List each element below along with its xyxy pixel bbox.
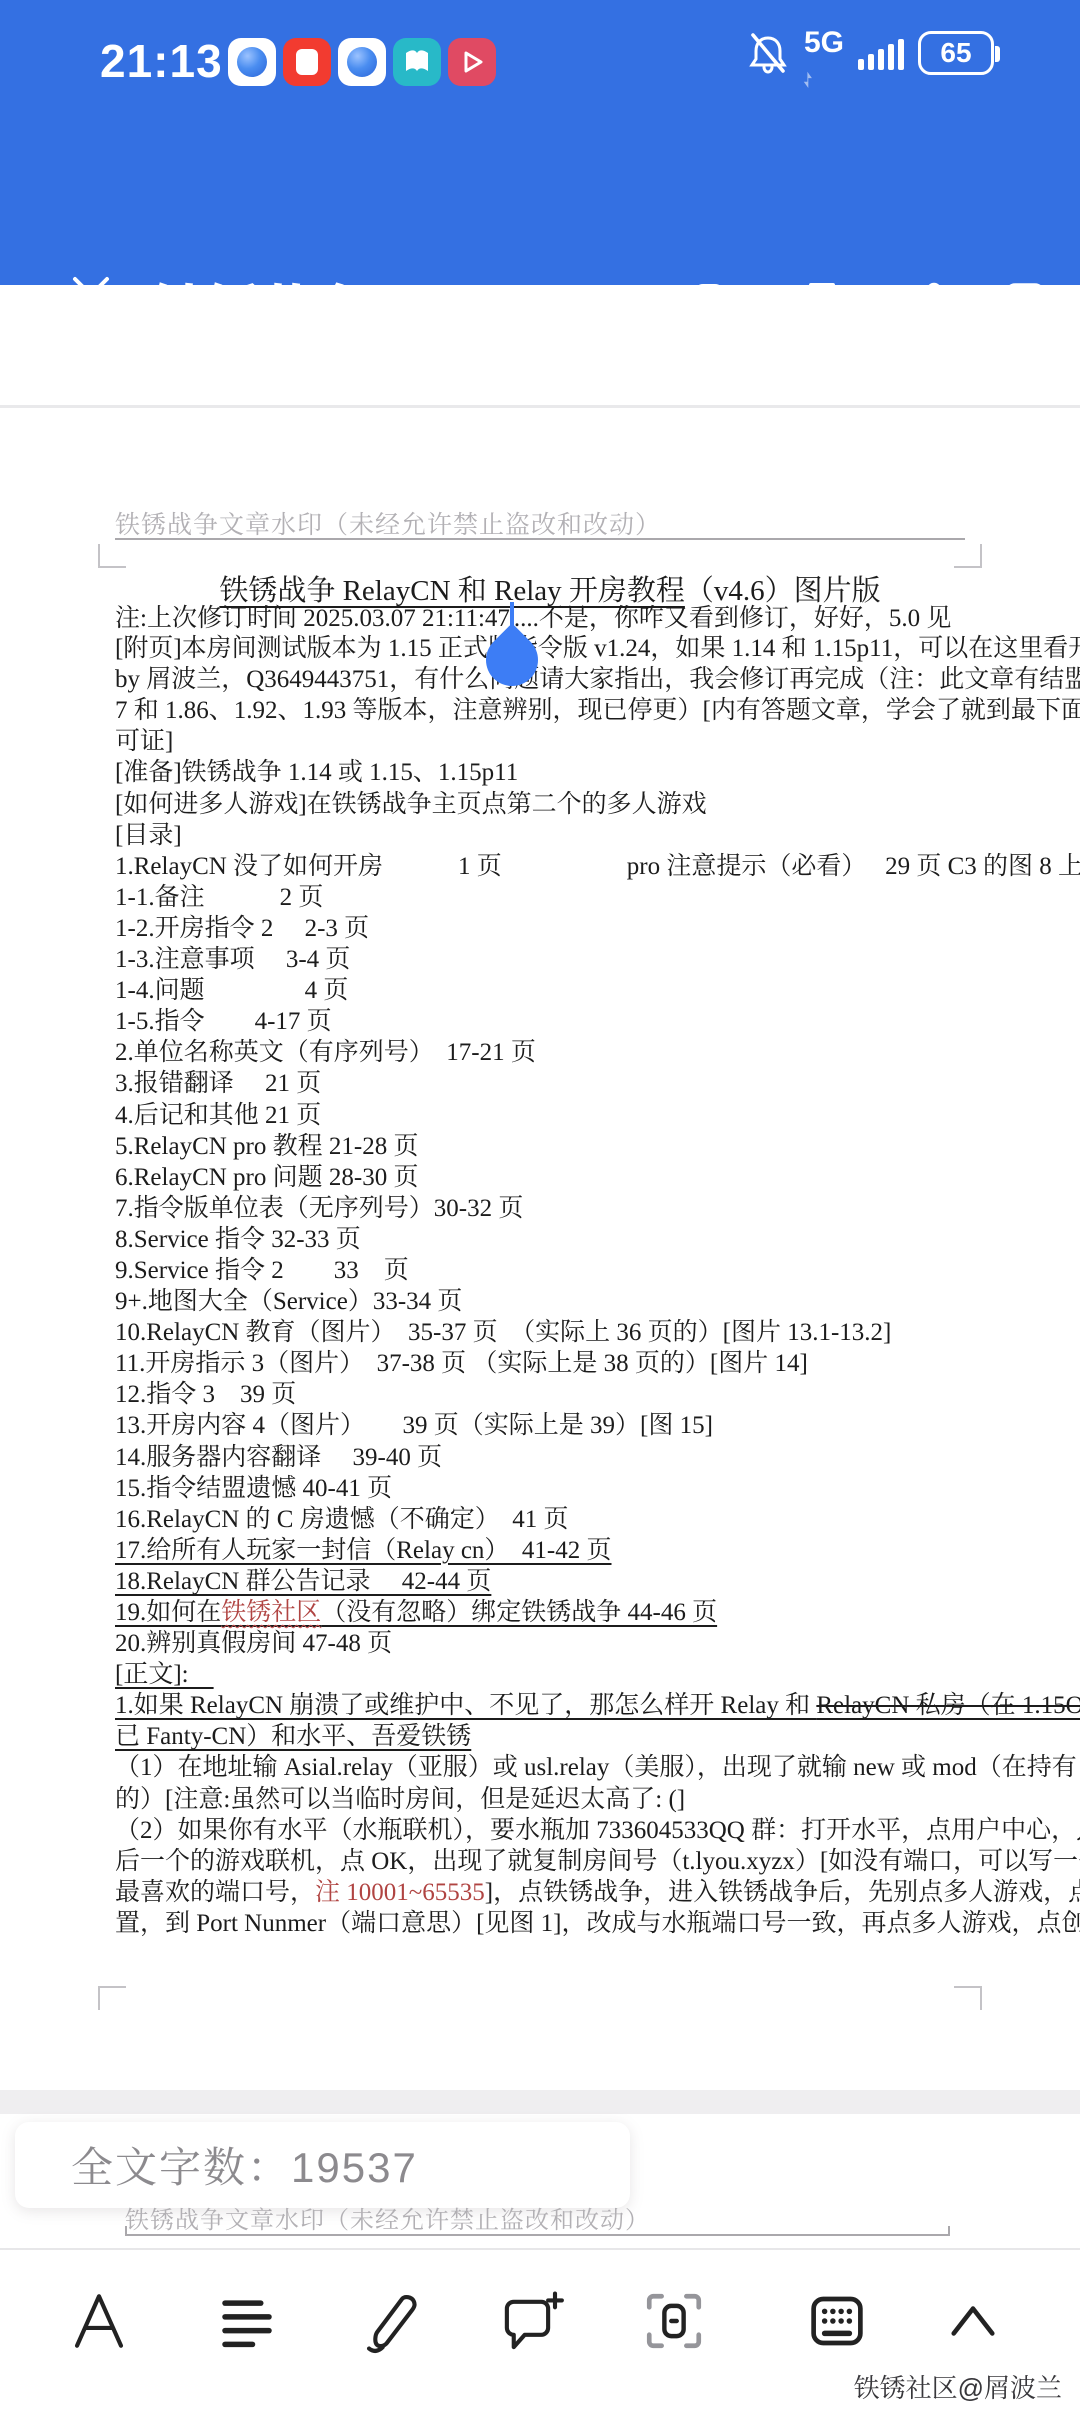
bell-muted-icon (746, 30, 790, 76)
document-page-2: 全文字数：19537 铁锈战争文章水印（未经允许禁止盗改和改动） (0, 2114, 1080, 2248)
video-icon (448, 38, 496, 86)
status-indicators: 5G 65 (746, 30, 994, 76)
page2-watermark-divider (125, 2234, 950, 2236)
browser-icon (338, 38, 386, 86)
document-header: 铁锈战争Relay... (0, 110, 1080, 285)
doc-line: 1-1.备注 2 页 (115, 882, 985, 913)
doc-line: 11.开房指示 3（图片） 37-38 页 （实际上是 38 页的）[图片 14… (115, 1348, 985, 1379)
doc-line: 1.RelayCN 没了如何开房 1 页 pro 注意提示（必看） 29 页 C… (115, 851, 985, 882)
status-bar: 21:13 5G (0, 0, 1080, 110)
watermark-divider (115, 538, 965, 540)
doc-line: 17.给所有人玩家一封信（Relay cn） 41-42 页 (115, 1535, 985, 1566)
doc-line: 1-4.问题 4 页 (115, 975, 985, 1006)
doc-line: 注:上次修订时间 2025.03.07 21:11:47....不是，你咋又看到… (115, 602, 985, 633)
doc-line: 3.报错翻译 21 页 (115, 1068, 985, 1099)
doc-line: [如何进多人游戏]在铁锈战争主页点第二个的多人游戏 (115, 789, 985, 820)
margin-corner-mark (954, 1986, 982, 2010)
doc-line: （1）在地址输 Asial.relay（亚服）或 usl.relay（美服），出… (115, 1752, 985, 1783)
doc-line: 的）[注意:虽然可以当临时房间，但是延迟太高了: (] (115, 1784, 985, 1815)
font-icon[interactable] (66, 2288, 132, 2354)
doc-line: 4.后记和其他 21 页 (115, 1100, 985, 1131)
doc-line: 14.服务器内容翻译 39-40 页 (115, 1442, 985, 1473)
doc-line: 19.如何在铁锈社区（没有忽略）绑定铁锈战争 44-46 页 (115, 1597, 985, 1628)
doc-line: [准备]铁锈战争 1.14 或 1.15、1.15p11 (115, 757, 985, 788)
community-watermark: 铁锈社区@屑波兰 (854, 2368, 1062, 2405)
doc-line: 9+.地图大全（Service）33-34 页 (115, 1286, 985, 1317)
notification-app-icons (228, 38, 496, 86)
doc-line: 后一个的游戏联机，点 OK，出现了就复制房间号（t.lyou.xyzx）[如没有… (115, 1846, 985, 1877)
margin-corner-mark (954, 544, 982, 568)
notes-icon (283, 38, 331, 86)
comment-add-icon[interactable] (500, 2288, 566, 2354)
secondary-signal-icon (802, 70, 824, 92)
page-watermark: 铁锈战争文章水印（未经允许禁止盗改和改动） (115, 505, 661, 541)
doc-line: 7.指令版单位表（无序列号）30-32 页 (115, 1193, 985, 1224)
doc-line: 7 和 1.86、1.92、1.93 等版本，注意辨别，现已停更）[内有答题文章… (115, 695, 985, 726)
align-icon[interactable] (214, 2288, 280, 2354)
doc-line: 2.单位名称英文（有序列号） 17-21 页 (115, 1037, 985, 1068)
scan-extract-icon[interactable] (641, 2288, 707, 2354)
doc-line: 13.开房内容 4（图片） 39 页（实际上是 39）[图 15] (115, 1410, 985, 1441)
doc-line: [正文]: (115, 1659, 985, 1690)
keyboard-icon[interactable] (804, 2288, 870, 2354)
battery-level: 65 (940, 37, 971, 69)
doc-line: 9.Service 指令 2 33 页 (115, 1255, 985, 1286)
doc-line: 20.辨别真假房间 47-48 页 (115, 1628, 985, 1659)
doc-line: 18.RelayCN 群公告记录 42-44 页 (115, 1566, 985, 1597)
doc-line: 1-5.指令 4-17 页 (115, 1006, 985, 1037)
margin-corner-mark (98, 544, 126, 568)
books-icon (393, 38, 441, 86)
doc-line: 最喜欢的端口号，注 10001~65535]，点铁锈战争，进入铁锈战争后，先别点… (115, 1877, 985, 1908)
doc-line: 5.RelayCN pro 教程 21-28 页 (115, 1131, 985, 1162)
page2-watermark: 铁锈战争文章水印（未经允许禁止盗改和改动） (125, 2200, 650, 2235)
doc-line: 1-3.注意事项 3-4 页 (115, 944, 985, 975)
document-page-1: 铁锈战争文章水印（未经允许禁止盗改和改动） 铁锈战争 RelayCN 和 Rel… (0, 408, 1080, 2090)
page-separator (0, 2090, 1080, 2114)
word-count-text: 全文字数：19537 (71, 2135, 418, 2195)
doc-line: 可证] (115, 726, 985, 757)
doc-line: 已 Fanty-CN）和水平、吾爱铁锈 (115, 1721, 985, 1752)
document-text[interactable]: 注:上次修订时间 2025.03.07 21:11:47....不是，你咋又看到… (115, 602, 985, 1939)
doc-line: [附页]本房间测试版本为 1.15 正式版指令版 v1.24，如果 1.14 和… (115, 633, 985, 664)
app-chrome: 21:13 5G (0, 0, 1080, 285)
collapse-up-icon[interactable] (940, 2288, 1006, 2354)
doc-line: 1.如果 RelayCN 崩溃了或维护中、不见了，那怎么样开 Relay 和 R… (115, 1690, 985, 1721)
margin-corner-mark (98, 1986, 126, 2010)
battery-icon: 65 (918, 31, 994, 75)
doc-line: 置，到 Port Nunmer（端口意思）[见图 1]，改成与水瓶端口号一致，再… (115, 1908, 985, 1939)
doc-line: 16.RelayCN 的 C 房遗憾（不确定） 41 页 (115, 1504, 985, 1535)
doc-line: 6.RelayCN pro 问题 28-30 页 (115, 1162, 985, 1193)
doc-line: 8.Service 指令 32-33 页 (115, 1224, 985, 1255)
doc-line: （2）如果你有水平（水瓶联机），要水瓶加 733604533QQ 群：打开水平，… (115, 1815, 985, 1846)
doc-line: 1-2.开房指令 2 2-3 页 (115, 913, 985, 944)
text-cursor[interactable] (510, 602, 514, 632)
doc-line: 10.RelayCN 教育（图片） 35-37 页 （实际上 36 页的）[图片… (115, 1317, 985, 1348)
reader-toolbar: 1 (0, 285, 1080, 408)
edit-toolbar: 铁锈社区@屑波兰 (0, 2248, 1080, 2412)
browser-icon (228, 38, 276, 86)
doc-line: 12.指令 3 39 页 (115, 1379, 985, 1410)
doc-line: 15.指令结盟遗憾 40-41 页 (115, 1473, 985, 1504)
signal-bars-icon (858, 36, 904, 70)
word-count-toast: 全文字数：19537 (15, 2122, 630, 2208)
clock: 21:13 (100, 34, 223, 88)
pen-icon[interactable] (358, 2288, 424, 2354)
network-indicator: 5G (804, 38, 844, 68)
network-type-label: 5G (804, 26, 844, 59)
doc-line: by 屑波兰，Q3649443751，有什么问题请大家指出，我会修订再完成（注：… (115, 664, 985, 695)
doc-line: [目录] (115, 820, 985, 851)
